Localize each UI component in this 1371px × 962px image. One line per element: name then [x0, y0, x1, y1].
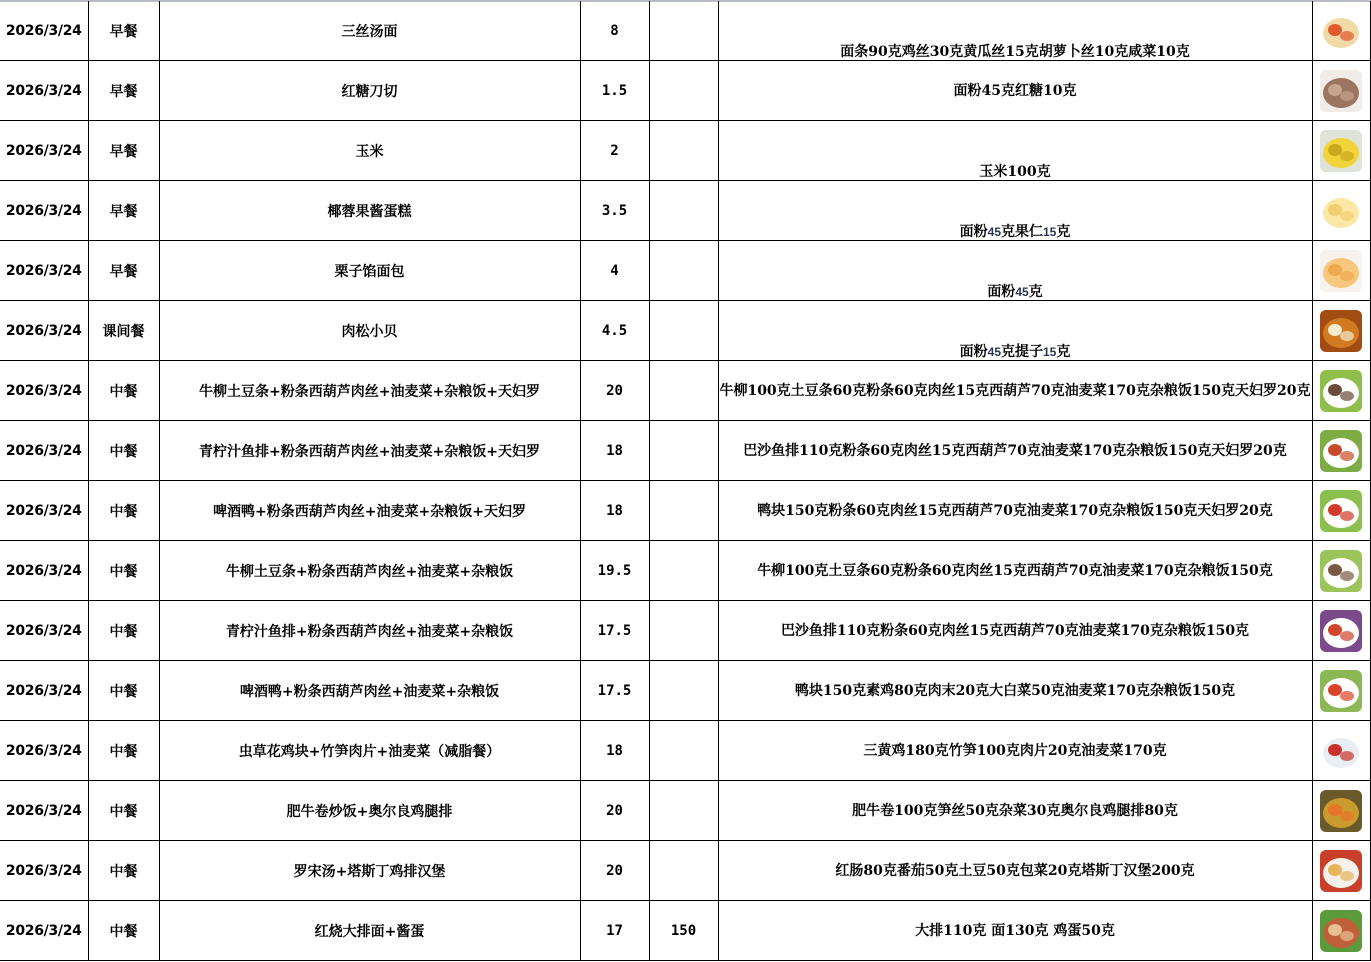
date-cell[interactable]: 2026/3/24 [0, 61, 88, 121]
quantity-cell[interactable] [649, 781, 718, 841]
ingredients-text: 三黄鸡180克竹笋100克肉片20克油麦菜170克 [863, 743, 1166, 759]
date-cell[interactable]: 2026/3/24 [0, 301, 88, 361]
ingredients-cell[interactable]: 鸭块150克粉条60克肉丝15克西葫芦70克油麦菜170克杂粮饭150克天妇罗2… [718, 481, 1312, 541]
meal-type-cell[interactable]: 中餐 [88, 601, 159, 661]
date-cell[interactable]: 2026/3/24 [0, 1, 88, 61]
meal-type-cell[interactable]: 课间餐 [88, 301, 159, 361]
brown-sugar-bun-thumbnail[interactable] [1320, 70, 1362, 112]
table-row: 2026/3/24 早餐 栗子馅面包 4 面粉45克 [0, 241, 1370, 301]
table-row: 2026/3/24 中餐 红烧大排面+酱蛋 17 150 大排110克 面130… [0, 901, 1370, 961]
image-cell[interactable] [1312, 721, 1370, 781]
price-cell[interactable]: 3.5 [580, 181, 649, 241]
dish-name-cell[interactable]: 肉松小贝 [159, 301, 580, 361]
chestnut-bread-thumbnail[interactable] [1320, 250, 1362, 292]
image-cell[interactable] [1312, 661, 1370, 721]
ingredients-cell[interactable]: 鸭块150克素鸡80克肉末20克大白菜50克油麦菜170克杂粮饭150克 [718, 661, 1312, 721]
price-cell[interactable]: 17 [580, 901, 649, 961]
date-cell[interactable]: 2026/3/24 [0, 481, 88, 541]
price-cell[interactable]: 4 [580, 241, 649, 301]
braised-pork-noodle-thumbnail[interactable] [1320, 910, 1362, 952]
image-cell[interactable] [1312, 481, 1370, 541]
meal-type-cell[interactable]: 早餐 [88, 61, 159, 121]
dish-name-cell[interactable]: 青柠汁鱼排+粉条西葫芦肉丝+油麦菜+杂粮饭 [159, 601, 580, 661]
dish-name-cell[interactable]: 肥牛卷炒饭+奥尔良鸡腿排 [159, 781, 580, 841]
ingredients-text: 牛柳100克土豆条60克粉条60克肉丝15克西葫芦70克油麦菜170克杂粮饭15… [719, 383, 1310, 399]
meal-type-cell[interactable]: 中餐 [88, 421, 159, 481]
table-row: 2026/3/24 中餐 青柠汁鱼排+粉条西葫芦肉丝+油麦菜+杂粮饭 17.5 … [0, 601, 1370, 661]
dish-name-cell[interactable]: 三丝汤面 [159, 1, 580, 61]
image-cell[interactable] [1312, 181, 1370, 241]
coconut-jam-cake-thumbnail[interactable] [1320, 190, 1362, 232]
menu-table: 2026/3/24 早餐 三丝汤面 8 面条90克鸡丝30克黄瓜丝15克胡萝卜丝… [0, 1, 1371, 961]
quantity-cell[interactable]: 150 [649, 901, 718, 961]
dish-name-cell[interactable]: 红糖刀切 [159, 61, 580, 121]
menu-table-body: 2026/3/24 早餐 三丝汤面 8 面条90克鸡丝30克黄瓜丝15克胡萝卜丝… [0, 1, 1370, 961]
ingredients-cell[interactable]: 面粉45克果仁15克 [718, 181, 1312, 241]
ingredients-cell[interactable]: 肥牛卷100克笋丝50克杂菜30克奥尔良鸡腿排80克 [718, 781, 1312, 841]
dish-name-cell[interactable]: 牛柳土豆条+粉条西葫芦肉丝+油麦菜+杂粮饭+天妇罗 [159, 361, 580, 421]
price-cell[interactable]: 18 [580, 721, 649, 781]
dish-name-cell[interactable]: 罗宋汤+塔斯丁鸡排汉堡 [159, 841, 580, 901]
dish-name-cell[interactable]: 玉米 [159, 121, 580, 181]
meal-type-cell[interactable]: 中餐 [88, 721, 159, 781]
meal-type-cell[interactable]: 中餐 [88, 661, 159, 721]
quantity-cell[interactable] [649, 241, 718, 301]
ingredients-cell[interactable]: 面粉45克提子15克 [718, 301, 1312, 361]
date-cell[interactable]: 2026/3/24 [0, 421, 88, 481]
quantity-cell[interactable] [649, 601, 718, 661]
ingredient-amount: 45 [1015, 285, 1028, 299]
quantity-cell[interactable] [649, 181, 718, 241]
quantity-cell[interactable] [649, 361, 718, 421]
ingredients-cell[interactable]: 巴沙鱼排110克粉条60克肉丝15克西葫芦70克油麦菜170克杂粮饭150克 [718, 601, 1312, 661]
ingredients-cell[interactable]: 面粉45克 [718, 241, 1312, 301]
ingredients-text: 肥牛卷100克笋丝50克杂菜30克奥尔良鸡腿排80克 [852, 803, 1178, 819]
meal-type-cell[interactable]: 早餐 [88, 181, 159, 241]
dish-name-cell[interactable]: 青柠汁鱼排+粉条西葫芦肉丝+油麦菜+杂粮饭+天妇罗 [159, 421, 580, 481]
pork-floss-cake-thumbnail[interactable] [1320, 310, 1362, 352]
ingredients-text: 玉米100克 [979, 165, 1050, 180]
tray-chicken-thumbnail[interactable] [1320, 730, 1362, 772]
dish-name-cell[interactable]: 牛柳土豆条+粉条西葫芦肉丝+油麦菜+杂粮饭 [159, 541, 580, 601]
quantity-cell[interactable] [649, 61, 718, 121]
ingredients-cell[interactable]: 面粉45克红糖10克 [718, 61, 1312, 121]
quantity-cell[interactable] [649, 1, 718, 61]
dish-name-cell[interactable]: 椰蓉果酱蛋糕 [159, 181, 580, 241]
date-cell[interactable]: 2026/3/24 [0, 241, 88, 301]
bento-duck-thumbnail[interactable] [1320, 490, 1362, 532]
ingredients-text: 鸭块150克素鸡80克肉末20克大白菜50克油麦菜170克杂粮饭150克 [795, 683, 1235, 699]
ingredients-cell[interactable]: 牛柳100克土豆条60克粉条60克肉丝15克西葫芦70克油麦菜170克杂粮饭15… [718, 541, 1312, 601]
price-cell[interactable]: 8 [580, 1, 649, 61]
meal-type-cell[interactable]: 中餐 [88, 901, 159, 961]
dish-name-cell[interactable]: 红烧大排面+酱蛋 [159, 901, 580, 961]
date-cell[interactable]: 2026/3/24 [0, 661, 88, 721]
image-cell[interactable] [1312, 61, 1370, 121]
date-cell[interactable]: 2026/3/24 [0, 361, 88, 421]
ingredients-text: 牛柳100克土豆条60克粉条60克肉丝15克西葫芦70克油麦菜170克杂粮饭15… [757, 563, 1273, 579]
ingredients-text: 面粉45克提子15克 [960, 345, 1071, 360]
ingredient-amount: 45 [988, 225, 1001, 239]
table-row: 2026/3/24 中餐 牛柳土豆条+粉条西葫芦肉丝+油麦菜+杂粮饭+天妇罗 2… [0, 361, 1370, 421]
quantity-cell[interactable] [649, 301, 718, 361]
quantity-cell[interactable] [649, 421, 718, 481]
table-row: 2026/3/24 中餐 虫草花鸡块+竹笋肉片+油麦菜（减脂餐） 18 三黄鸡1… [0, 721, 1370, 781]
ingredients-text: 面粉45克果仁15克 [960, 225, 1071, 240]
quantity-cell[interactable] [649, 721, 718, 781]
table-row: 2026/3/24 早餐 红糖刀切 1.5 面粉45克红糖10克 [0, 61, 1370, 121]
ingredients-cell[interactable]: 红肠80克番茄50克土豆50克包菜20克塔斯丁汉堡200克 [718, 841, 1312, 901]
image-cell[interactable] [1312, 841, 1370, 901]
image-cell[interactable] [1312, 121, 1370, 181]
image-cell[interactable] [1312, 241, 1370, 301]
image-cell[interactable] [1312, 781, 1370, 841]
table-row: 2026/3/24 中餐 啤酒鸭+粉条西葫芦肉丝+油麦菜+杂粮饭 17.5 鸭块… [0, 661, 1370, 721]
burger-fries-thumbnail[interactable] [1320, 850, 1362, 892]
table-row: 2026/3/24 早餐 椰蓉果酱蛋糕 3.5 面粉45克果仁15克 [0, 181, 1370, 241]
dish-name-cell[interactable]: 虫草花鸡块+竹笋肉片+油麦菜（减脂餐） [159, 721, 580, 781]
image-cell[interactable] [1312, 541, 1370, 601]
date-cell[interactable]: 2026/3/24 [0, 541, 88, 601]
image-cell[interactable] [1312, 901, 1370, 961]
table-row: 2026/3/24 中餐 肥牛卷炒饭+奥尔良鸡腿排 20 肥牛卷100克笋丝50… [0, 781, 1370, 841]
date-cell[interactable]: 2026/3/24 [0, 181, 88, 241]
quantity-cell[interactable] [649, 841, 718, 901]
dish-name-cell[interactable]: 啤酒鸭+粉条西葫芦肉丝+油麦菜+杂粮饭+天妇罗 [159, 481, 580, 541]
table-row: 2026/3/24 早餐 三丝汤面 8 面条90克鸡丝30克黄瓜丝15克胡萝卜丝… [0, 1, 1370, 61]
ingredients-cell[interactable]: 三黄鸡180克竹笋100克肉片20克油麦菜170克 [718, 721, 1312, 781]
price-cell[interactable]: 4.5 [580, 301, 649, 361]
ingredients-text: 面粉45克 [987, 285, 1042, 300]
price-cell[interactable]: 17.5 [580, 601, 649, 661]
table-row: 2026/3/24 中餐 青柠汁鱼排+粉条西葫芦肉丝+油麦菜+杂粮饭+天妇罗 1… [0, 421, 1370, 481]
ingredients-cell[interactable]: 牛柳100克土豆条60克粉条60克肉丝15克西葫芦70克油麦菜170克杂粮饭15… [718, 361, 1312, 421]
meal-type-cell[interactable]: 中餐 [88, 781, 159, 841]
bento-fish-thumbnail[interactable] [1320, 430, 1362, 472]
quantity-cell[interactable] [649, 121, 718, 181]
meal-type-cell[interactable]: 早餐 [88, 241, 159, 301]
table-row: 2026/3/24 早餐 玉米 2 玉米100克 [0, 121, 1370, 181]
date-cell[interactable]: 2026/3/24 [0, 121, 88, 181]
meal-type-cell[interactable]: 中餐 [88, 541, 159, 601]
ingredient-amount: 15 [1043, 225, 1056, 239]
bento-beef-2-thumbnail[interactable] [1320, 550, 1362, 592]
ingredients-cell[interactable]: 玉米100克 [718, 121, 1312, 181]
ingredients-text: 鸭块150克粉条60克肉丝15克西葫芦70克油麦菜170克杂粮饭150克天妇罗2… [757, 503, 1273, 519]
table-row: 2026/3/24 中餐 罗宋汤+塔斯丁鸡排汉堡 20 红肠80克番茄50克土豆… [0, 841, 1370, 901]
price-cell[interactable]: 20 [580, 361, 649, 421]
noodle-soup-thumbnail[interactable] [1320, 10, 1362, 52]
price-cell[interactable]: 17.5 [580, 661, 649, 721]
ingredients-cell[interactable]: 巴沙鱼排110克粉条60克肉丝15克西葫芦70克油麦菜170克杂粮饭150克天妇… [718, 421, 1312, 481]
corn-thumbnail[interactable] [1320, 130, 1362, 172]
date-cell[interactable]: 2026/3/24 [0, 841, 88, 901]
dish-name-cell[interactable]: 啤酒鸭+粉条西葫芦肉丝+油麦菜+杂粮饭 [159, 661, 580, 721]
quantity-cell[interactable] [649, 661, 718, 721]
fried-rice-thumbnail[interactable] [1320, 790, 1362, 832]
quantity-cell[interactable] [649, 541, 718, 601]
meal-type-cell[interactable]: 早餐 [88, 121, 159, 181]
ingredients-text: 红肠80克番茄50克土豆50克包菜20克塔斯丁汉堡200克 [835, 863, 1194, 879]
table-row: 2026/3/24 中餐 啤酒鸭+粉条西葫芦肉丝+油麦菜+杂粮饭+天妇罗 18 … [0, 481, 1370, 541]
ingredients-cell[interactable]: 面条90克鸡丝30克黄瓜丝15克胡萝卜丝10克咸菜10克 [718, 1, 1312, 61]
ingredients-text: 面粉45克红糖10克 [954, 83, 1077, 99]
ingredients-text: 巴沙鱼排110克粉条60克肉丝15克西葫芦70克油麦菜170克杂粮饭150克 [781, 623, 1249, 639]
meal-type-cell[interactable]: 中餐 [88, 361, 159, 421]
bowl-duck-thumbnail[interactable] [1320, 670, 1362, 712]
quantity-cell[interactable] [649, 481, 718, 541]
dish-name-cell[interactable]: 栗子馅面包 [159, 241, 580, 301]
image-cell[interactable] [1312, 421, 1370, 481]
price-cell[interactable]: 20 [580, 841, 649, 901]
meal-type-cell[interactable]: 中餐 [88, 481, 159, 541]
meal-type-cell[interactable]: 中餐 [88, 841, 159, 901]
ingredient-amount: 15 [1043, 345, 1056, 359]
price-cell[interactable]: 2 [580, 121, 649, 181]
price-cell[interactable]: 20 [580, 781, 649, 841]
price-cell[interactable]: 19.5 [580, 541, 649, 601]
table-row: 2026/3/24 课间餐 肉松小贝 4.5 面粉45克提子15克 [0, 301, 1370, 361]
bento-fish-2-thumbnail[interactable] [1320, 610, 1362, 652]
ingredients-text: 大排110克 面130克 鸡蛋50克 [915, 923, 1115, 939]
bento-beef-thumbnail[interactable] [1320, 370, 1362, 412]
image-cell[interactable] [1312, 301, 1370, 361]
date-cell[interactable]: 2026/3/24 [0, 781, 88, 841]
date-cell[interactable]: 2026/3/24 [0, 901, 88, 961]
date-cell[interactable]: 2026/3/24 [0, 601, 88, 661]
image-cell[interactable] [1312, 361, 1370, 421]
meal-type-cell[interactable]: 早餐 [88, 1, 159, 61]
price-cell[interactable]: 1.5 [580, 61, 649, 121]
ingredients-text: 巴沙鱼排110克粉条60克肉丝15克西葫芦70克油麦菜170克杂粮饭150克天妇… [743, 443, 1287, 459]
ingredient-amount: 45 [988, 345, 1001, 359]
table-row: 2026/3/24 中餐 牛柳土豆条+粉条西葫芦肉丝+油麦菜+杂粮饭 19.5 … [0, 541, 1370, 601]
price-cell[interactable]: 18 [580, 481, 649, 541]
date-cell[interactable]: 2026/3/24 [0, 721, 88, 781]
price-cell[interactable]: 18 [580, 421, 649, 481]
image-cell[interactable] [1312, 1, 1370, 61]
ingredients-cell[interactable]: 大排110克 面130克 鸡蛋50克 [718, 901, 1312, 961]
image-cell[interactable] [1312, 601, 1370, 661]
ingredients-text: 面条90克鸡丝30克黄瓜丝15克胡萝卜丝10克咸菜10克 [840, 45, 1189, 60]
